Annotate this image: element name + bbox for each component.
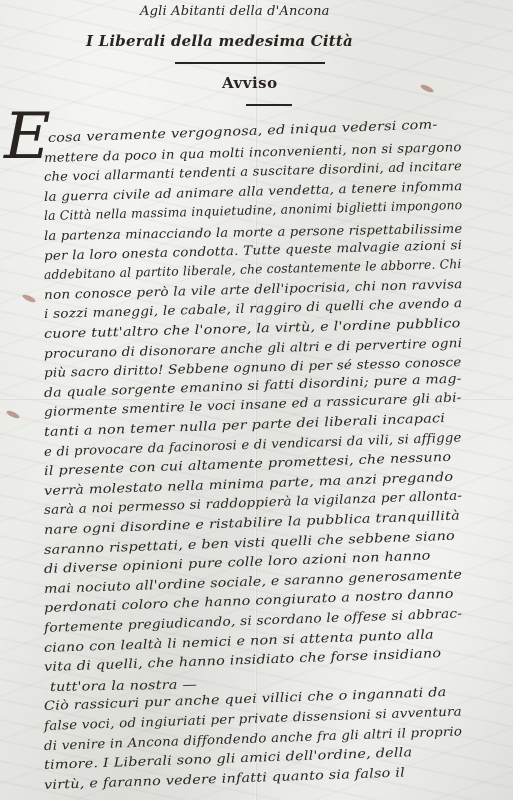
title-underline (246, 104, 292, 106)
header-rule (175, 62, 325, 64)
manuscript-page: Agli Abitanti della d'Ancona I Liberali … (0, 0, 513, 800)
document-title: Avviso (222, 74, 278, 92)
sender-line: I Liberali della medesima Città (86, 32, 353, 50)
addressee-line: Agli Abitanti della d'Ancona (140, 4, 330, 19)
manuscript-line: tutt'ora la nostra — (50, 676, 197, 694)
